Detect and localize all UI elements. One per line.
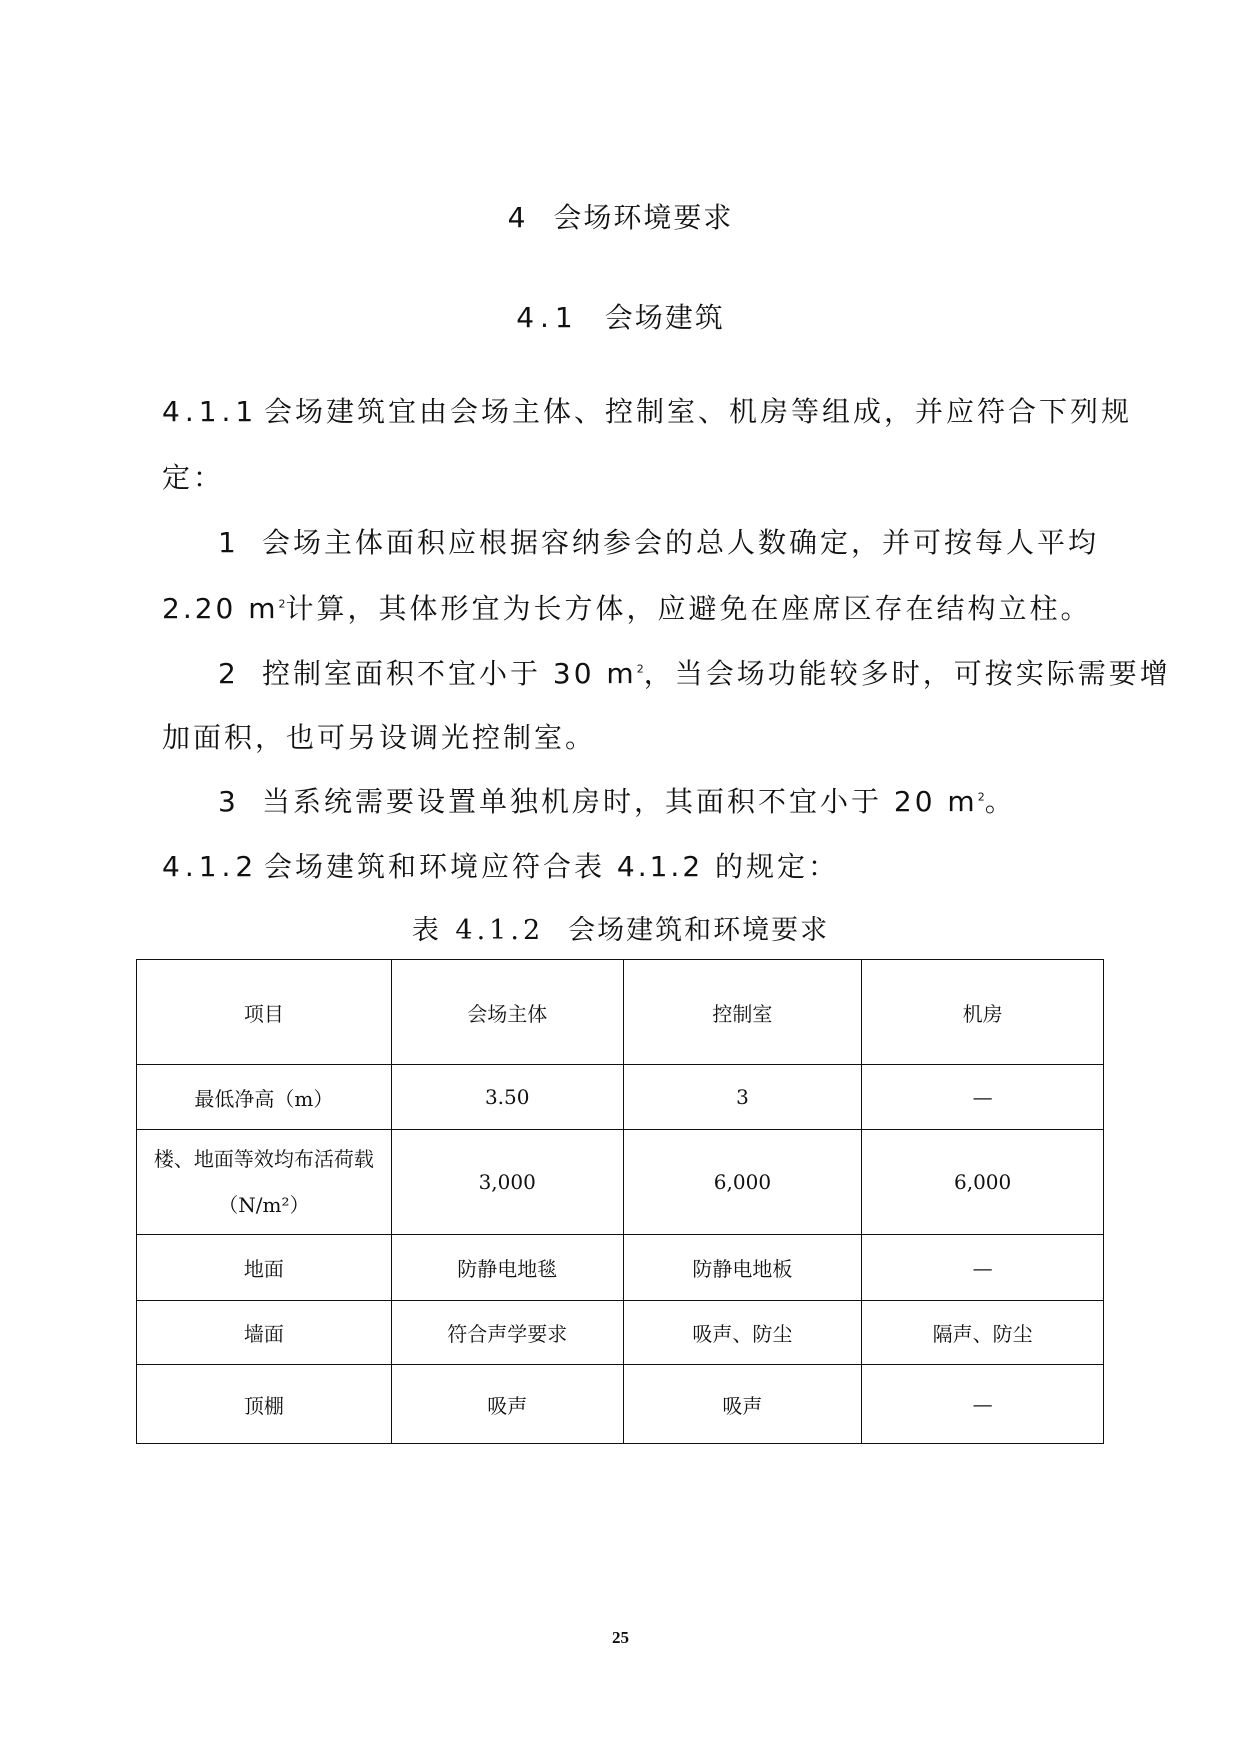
- table-cell: 防静电地毯: [391, 1235, 623, 1301]
- superscript: 2: [637, 663, 644, 676]
- row-label: 最低净高（m）: [137, 1065, 392, 1130]
- table-cell: 6,000: [862, 1130, 1104, 1235]
- chapter-heading: 4会场环境要求: [0, 196, 1241, 236]
- header-cell: 机房: [862, 960, 1104, 1065]
- row-label: 墙面: [137, 1301, 392, 1365]
- table-cell: 3,000: [391, 1130, 623, 1235]
- item-text: 控制室面积不宜小于 30 m: [262, 657, 637, 690]
- page-number: 25: [0, 1628, 1241, 1648]
- clause-text: 会场建筑和环境应符合表 4.1.2 的规定：: [264, 850, 839, 883]
- row-label: 地面: [137, 1235, 392, 1301]
- clause-text: 会场建筑宜由会场主体、控制室、机房等组成，并应符合下列规: [264, 395, 1132, 428]
- table-cell: —: [862, 1365, 1104, 1444]
- table-cell: 隔声、防尘: [862, 1301, 1104, 1365]
- requirements-table: 项目 会场主体 控制室 机房 最低净高（m） 3.50 3 — 楼、地面等效均布…: [136, 959, 1104, 1444]
- table-header-row: 项目 会场主体 控制室 机房: [137, 960, 1104, 1065]
- table-title: 会场建筑和环境要求: [568, 915, 829, 946]
- table-cell: —: [862, 1065, 1104, 1130]
- table-caption: 表 4.1.2会场建筑和环境要求: [0, 908, 1241, 947]
- item-text: 。: [985, 785, 1016, 818]
- header-cell: 会场主体: [391, 960, 623, 1065]
- table-cell: 吸声、防尘: [623, 1301, 862, 1365]
- section-number: 4.1: [516, 301, 579, 334]
- item-3-line1: 3当系统需要设置单独机房时，其面积不宜小于 20 m2。: [218, 780, 1016, 820]
- item-text: 2.20 m: [162, 592, 279, 625]
- table-row: 最低净高（m） 3.50 3 —: [137, 1065, 1104, 1130]
- table-cell: 符合声学要求: [391, 1301, 623, 1365]
- item-1-line2: 2.20 m2计算，其体形宜为长方体，应避免在座席区存在结构立柱。: [162, 587, 1092, 627]
- table-cell: —: [862, 1235, 1104, 1301]
- table-cell: 吸声: [391, 1365, 623, 1444]
- clause-number: 4.1.1: [162, 395, 264, 428]
- item-text: 会场主体面积应根据容纳参会的总人数确定，并可按每人平均: [262, 526, 1099, 559]
- table-cell: 防静电地板: [623, 1235, 862, 1301]
- clause-4-1-2: 4.1.2会场建筑和环境应符合表 4.1.2 的规定：: [162, 845, 839, 885]
- row-label-line2: （N/m²）: [137, 1182, 391, 1228]
- clause-4-1-1-line1: 4.1.1会场建筑宜由会场主体、控制室、机房等组成，并应符合下列规: [162, 390, 1132, 430]
- table-row: 墙面 符合声学要求 吸声、防尘 隔声、防尘: [137, 1301, 1104, 1365]
- item-number: 2: [218, 657, 262, 690]
- clause-4-1-1-line2: 定：: [162, 456, 224, 496]
- item-text: 当系统需要设置单独机房时，其面积不宜小于 20 m: [262, 785, 978, 818]
- item-text: 加面积，也可另设调光控制室。: [162, 721, 596, 754]
- item-text: 计算，其体形宜为长方体，应避免在座席区存在结构立柱。: [286, 592, 1092, 625]
- header-cell: 控制室: [623, 960, 862, 1065]
- item-2-line2: 加面积，也可另设调光控制室。: [162, 716, 596, 756]
- table-cell: 3: [623, 1065, 862, 1130]
- table-cell: 3.50: [391, 1065, 623, 1130]
- row-label-line1: 楼、地面等效均布活荷载: [137, 1136, 391, 1182]
- section-title: 会场建筑: [605, 301, 725, 334]
- item-number: 3: [218, 785, 262, 818]
- table-row: 地面 防静电地毯 防静电地板 —: [137, 1235, 1104, 1301]
- chapter-title: 会场环境要求: [553, 201, 733, 234]
- superscript: 2: [279, 598, 286, 611]
- table-number: 表 4.1.2: [412, 915, 544, 946]
- table-row: 顶棚 吸声 吸声 —: [137, 1365, 1104, 1444]
- table-row: 楼、地面等效均布活荷载 （N/m²） 3,000 6,000 6,000: [137, 1130, 1104, 1235]
- table-cell: 吸声: [623, 1365, 862, 1444]
- table-cell: 6,000: [623, 1130, 862, 1235]
- row-label: 楼、地面等效均布活荷载 （N/m²）: [137, 1130, 392, 1235]
- superscript: 2: [978, 791, 985, 804]
- clause-text-continued: 定：: [162, 461, 224, 494]
- chapter-number: 4: [508, 201, 528, 234]
- header-cell: 项目: [137, 960, 392, 1065]
- clause-number: 4.1.2: [162, 850, 264, 883]
- item-1-line1: 1会场主体面积应根据容纳参会的总人数确定，并可按每人平均: [218, 521, 1099, 561]
- item-number: 1: [218, 526, 262, 559]
- item-2-line1: 2控制室面积不宜小于 30 m2，当会场功能较多时，可按实际需要增: [218, 652, 1171, 692]
- row-label: 顶棚: [137, 1365, 392, 1444]
- section-heading: 4.1会场建筑: [0, 296, 1241, 336]
- item-text: ，当会场功能较多时，可按实际需要增: [644, 657, 1171, 690]
